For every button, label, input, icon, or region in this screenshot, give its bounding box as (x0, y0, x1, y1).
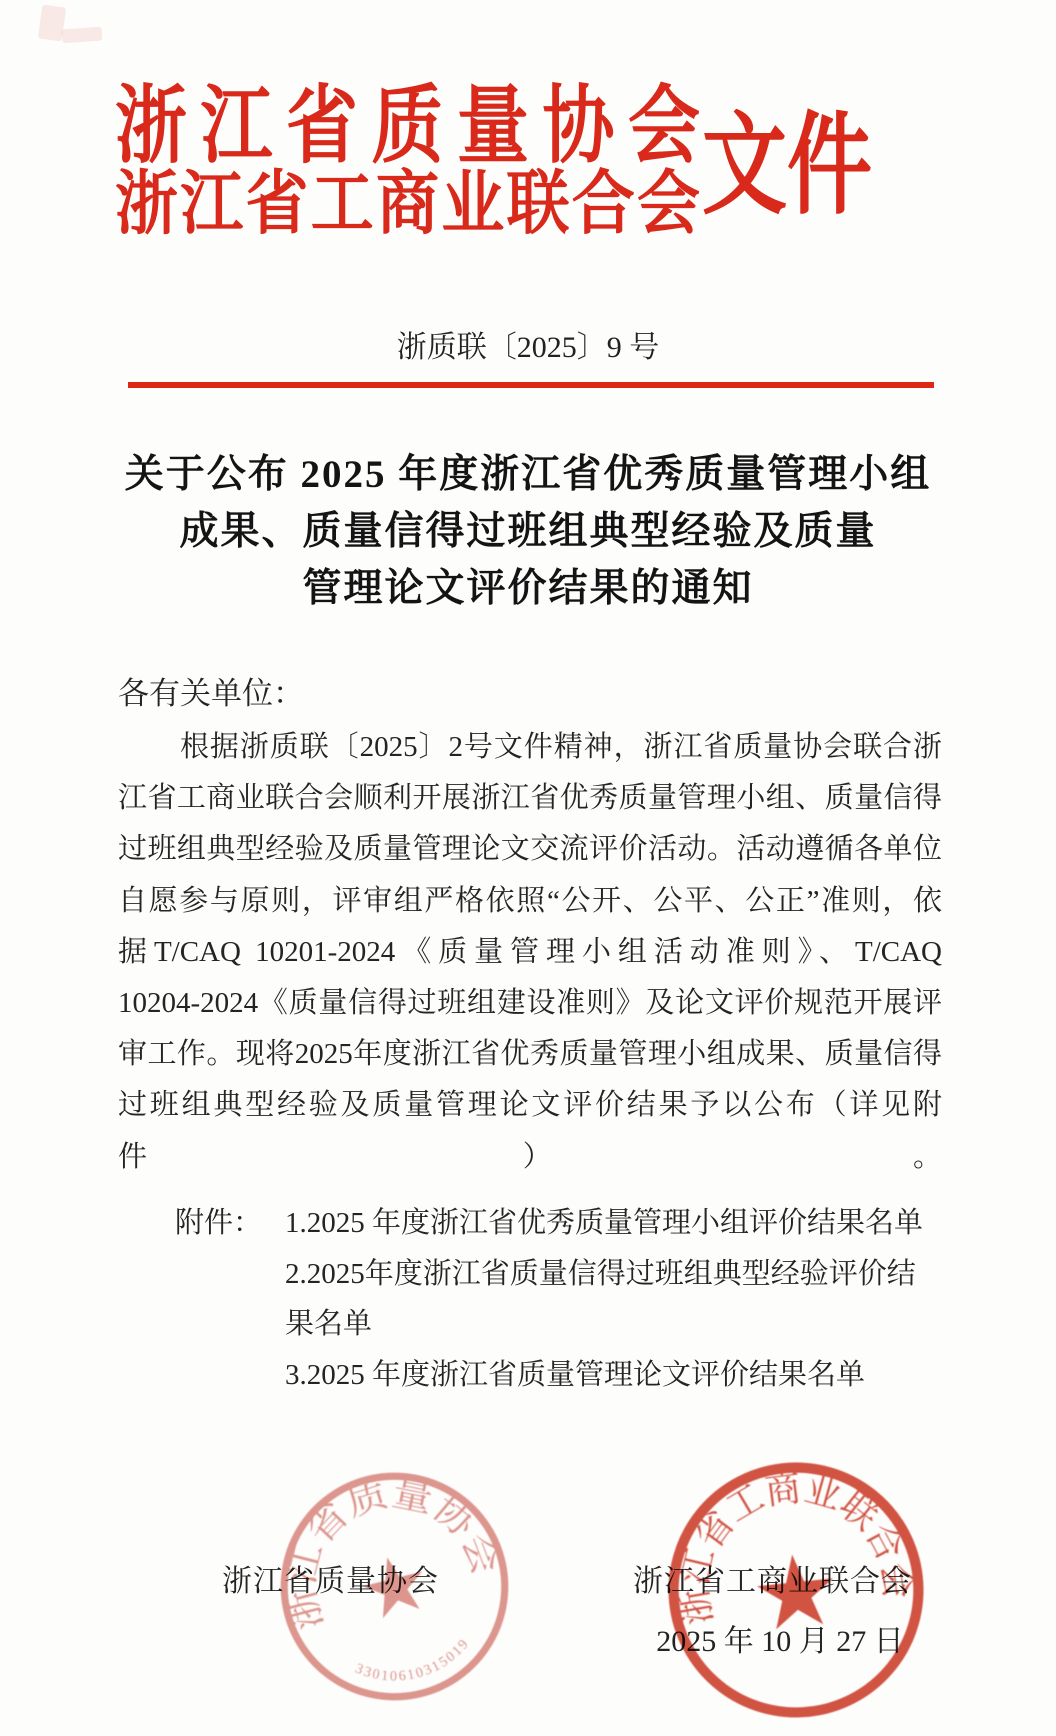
letterhead-doc-type-label: 文件 (702, 112, 872, 223)
official-seal-left: 浙江省质量协会 ★ 33010610315019 (246, 1438, 543, 1735)
body-line: 审工作。现将2025年度浙江省优秀质量管理小组成果、质量信得 (118, 1029, 942, 1080)
body-line: 过班组典型经验及质量管理论文评价结果予以公布（详见附件）。 (118, 1080, 942, 1182)
document-number: 浙质联〔2025〕9 号 (0, 322, 1056, 366)
body-line: 江省工商业联合会顺利开展浙江省优秀质量管理小组、质量信得 (118, 773, 942, 824)
official-document-page: 浙江省质量协会 浙江省工商业联合会 文件 浙质联〔2025〕9 号 关于公布 2… (0, 0, 1056, 1736)
salutation: 各有关单位： (118, 668, 304, 713)
red-divider-line (128, 382, 934, 388)
body-line: 自愿参与原则，评审组严格依照“公开、公平、公正”准则，依 (118, 876, 942, 927)
title-line-3: 管理论文评价结果的通知 (0, 560, 1056, 617)
body-line: 过班组典型经验及质量管理论文交流评价活动。活动遵循各单位 (118, 824, 942, 875)
document-title: 关于公布 2025 年度浙江省优秀质量管理小组 成果、质量信得过班组典型经验及质… (0, 446, 1056, 617)
body-line: 据T/CAQ 10201-2024《质量管理小组活动准则》、T/CAQ (118, 927, 942, 978)
official-seal-right: 浙江省工商业联合会 ★ (647, 1441, 946, 1736)
scan-artifact (62, 27, 103, 44)
star-icon: ★ (746, 1533, 847, 1653)
attachment-item: 3.2025 年度浙江省质量管理论文评价结果名单 (285, 1350, 925, 1401)
title-line-1: 关于公布 2025 年度浙江省优秀质量管理小组 (0, 446, 1056, 503)
attachments-label: 附件： (175, 1198, 285, 1401)
star-icon: ★ (350, 1537, 441, 1640)
body-paragraph: 根据浙质联〔2025〕2号文件精神，浙江省质量协会联合浙 江省工商业联合会顺利开… (118, 722, 942, 1183)
body-line: 10204-2024《质量信得过班组建设准则》及论文评价规范开展评 (118, 978, 942, 1029)
attachment-item: 1.2025 年度浙江省优秀质量管理小组评价结果名单 (285, 1198, 925, 1249)
attachments-section: 附件： 1.2025 年度浙江省优秀质量管理小组评价结果名单 2.2025年度浙… (175, 1198, 925, 1401)
body-line: 根据浙质联〔2025〕2号文件精神，浙江省质量协会联合浙 (118, 722, 942, 773)
seal-code: 33010610315019 (350, 1633, 479, 1697)
attachments-list: 1.2025 年度浙江省优秀质量管理小组评价结果名单 2.2025年度浙江省质量… (285, 1198, 925, 1401)
letterhead-org-line2: 浙江省工商业联合会 (115, 170, 700, 239)
attachment-item: 2.2025年度浙江省质量信得过班组典型经验评价结果名单 (285, 1249, 925, 1350)
letterhead-org-line1: 浙江省质量协会 (115, 84, 700, 169)
title-line-2: 成果、质量信得过班组典型经验及质量 (0, 503, 1056, 560)
